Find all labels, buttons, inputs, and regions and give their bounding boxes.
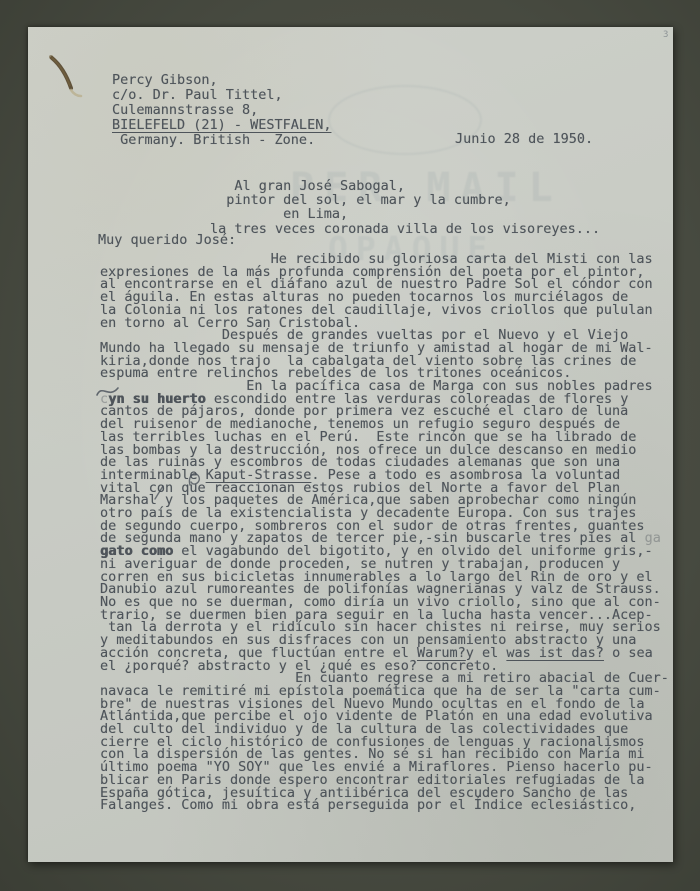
letter-line: Culemannstrasse 8, xyxy=(112,103,331,118)
scanned-letter-photo: PER MAIL OPAQUE 3 Percy Gibson,c/o. Dr. … xyxy=(0,0,700,891)
pen-mark-icon xyxy=(185,468,205,490)
letter-line: Germany. British - Zone. xyxy=(112,133,331,148)
letter-line: c/o. Dr. Paul Tittel, xyxy=(112,88,331,103)
sender-address-block: Percy Gibson,c/o. Dr. Paul Tittel,Culema… xyxy=(112,73,331,148)
letter-line: Falanges. Como mi obra está perseguida p… xyxy=(100,799,669,812)
letter-line: pintor del sol, el mar y la cumbre, xyxy=(210,193,600,207)
letter-line: Percy Gibson, xyxy=(112,73,331,88)
dedication-block: Al gran José Sabogal, pintor del sol, el… xyxy=(210,179,600,236)
stain-mark-icon xyxy=(42,50,90,108)
letter-line: la tres veces coronada villa de los viso… xyxy=(210,222,600,236)
pen-mark-icon xyxy=(94,382,122,402)
page-number: 3 xyxy=(663,30,668,40)
letter-line: en Lima, xyxy=(210,207,600,221)
pen-mark-icon xyxy=(152,484,166,502)
date-line: Junio 28 de 1950. xyxy=(455,131,593,147)
letter-line: Al gran José Sabogal, xyxy=(210,179,600,193)
salutation: Muy querido José: xyxy=(98,232,236,248)
letter-body: He recibido su gloriosa carta del Misti … xyxy=(100,253,669,812)
letter-line: BIELEFELD (21) - WESTFALEN, xyxy=(112,118,331,133)
